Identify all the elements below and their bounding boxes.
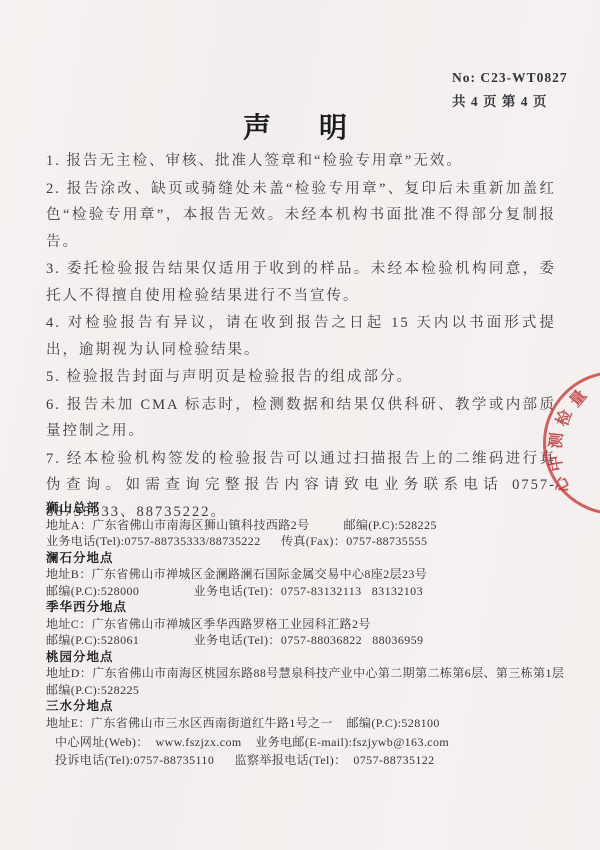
location-name: 三水分地点 xyxy=(46,698,566,715)
location-section: 季华西分地点 地址C：广东省佛山市禅城区季华西路罗格工业园科汇路2号 邮编(P.… xyxy=(46,599,566,649)
statement-item-5: 5. 检验报告封面与声明页是检验报告的组成部分。 xyxy=(46,364,556,391)
location-address-line: 地址E：广东省佛山市三水区西南街道红牛路1号之一 邮编(P.C):528100 xyxy=(46,715,566,732)
statement-item-1: 1. 报告无主检、审核、批准人签章和“检验专用章”无效。 xyxy=(46,148,556,175)
location-name: 桃园分地点 xyxy=(46,649,566,666)
location-contact-line: 邮编(P.C):528225 xyxy=(46,682,566,699)
scanned-report-statement-page: { "page": { "title": "声 明", "report_no_l… xyxy=(0,0,600,850)
location-section: 澜石分地点 地址B：广东省佛山市禅城区金澜路澜石国际金属交易中心8座2层23号 … xyxy=(46,550,566,600)
footer-web-email-line: 中心网址(Web)： www.fszjzx.com 业务电邮(E-mail):f… xyxy=(55,734,555,752)
location-section: 三水分地点 地址E：广东省佛山市三水区西南街道红牛路1号之一 邮编(P.C):5… xyxy=(46,698,566,731)
statement-item-4: 4. 对检验报告有异议，请在收到报告之日起 15 天内以书面形式提出，逾期视为认… xyxy=(46,310,556,363)
report-number-label: No: xyxy=(452,70,476,85)
statement-item-2: 2. 报告涂改、缺页或骑缝处未盖“检验专用章”、复印后未重新加盖红色“检验专用章… xyxy=(46,176,556,256)
location-contact-line: 邮编(P.C):528061 业务电话(Tel)：0757-88036822 8… xyxy=(46,632,566,649)
location-address-line: 地址A：广东省佛山市南海区狮山镇科技西路2号 邮编(P.C):528225 xyxy=(46,517,566,534)
location-name: 狮山总部 xyxy=(46,500,566,517)
statement-item-3: 3. 委托检验报告结果仅适用于收到的样品。未经本检验机构同意，委托人不得擅自使用… xyxy=(46,256,556,309)
location-name: 季华西分地点 xyxy=(46,599,566,616)
location-section: 狮山总部 地址A：广东省佛山市南海区狮山镇科技西路2号 邮编(P.C):5282… xyxy=(46,500,566,550)
report-number-value: C23-WT0827 xyxy=(480,70,567,85)
location-section: 桃园分地点 地址D：广东省佛山市南海区桃园东路88号慧泉科技产业中心第二期第二栋… xyxy=(46,649,566,699)
statement-item-6: 6. 报告未加 CMA 标志时，检测数据和结果仅供科研、教学或内部质量控制之用。 xyxy=(46,392,556,445)
location-list: 狮山总部 地址A：广东省佛山市南海区狮山镇科技西路2号 邮编(P.C):5282… xyxy=(46,500,566,731)
contact-footer: 中心网址(Web)： www.fszjzx.com 业务电邮(E-mail):f… xyxy=(55,734,555,769)
location-contact-line: 邮编(P.C):528000 业务电话(Tel)：0757-83132113 8… xyxy=(46,583,566,600)
location-address-line: 地址C：广东省佛山市禅城区季华西路罗格工业园科汇路2号 xyxy=(46,616,566,633)
location-address-line: 地址B：广东省佛山市禅城区金澜路澜石国际金属交易中心8座2层23号 xyxy=(46,566,566,583)
page-title: 声 明 xyxy=(0,106,600,146)
stamp-text-char: 量 xyxy=(563,384,591,411)
statement-list: 1. 报告无主检、审核、批准人签章和“检验专用章”无效。 2. 报告涂改、缺页或… xyxy=(46,148,556,526)
footer-complaint-line: 投诉电话(Tel):0757-88735110 监察举报电话(Tel)： 075… xyxy=(55,752,555,770)
location-name: 澜石分地点 xyxy=(46,550,566,567)
location-contact-line: 业务电话(Tel):0757-88735333/88735222 传真(Fax)… xyxy=(46,533,566,550)
report-number-line: No: C23-WT0827 xyxy=(452,66,592,90)
location-address-line: 地址D：广东省佛山市南海区桃园东路88号慧泉科技产业中心第二期第二栋第6层、第三… xyxy=(46,665,566,682)
